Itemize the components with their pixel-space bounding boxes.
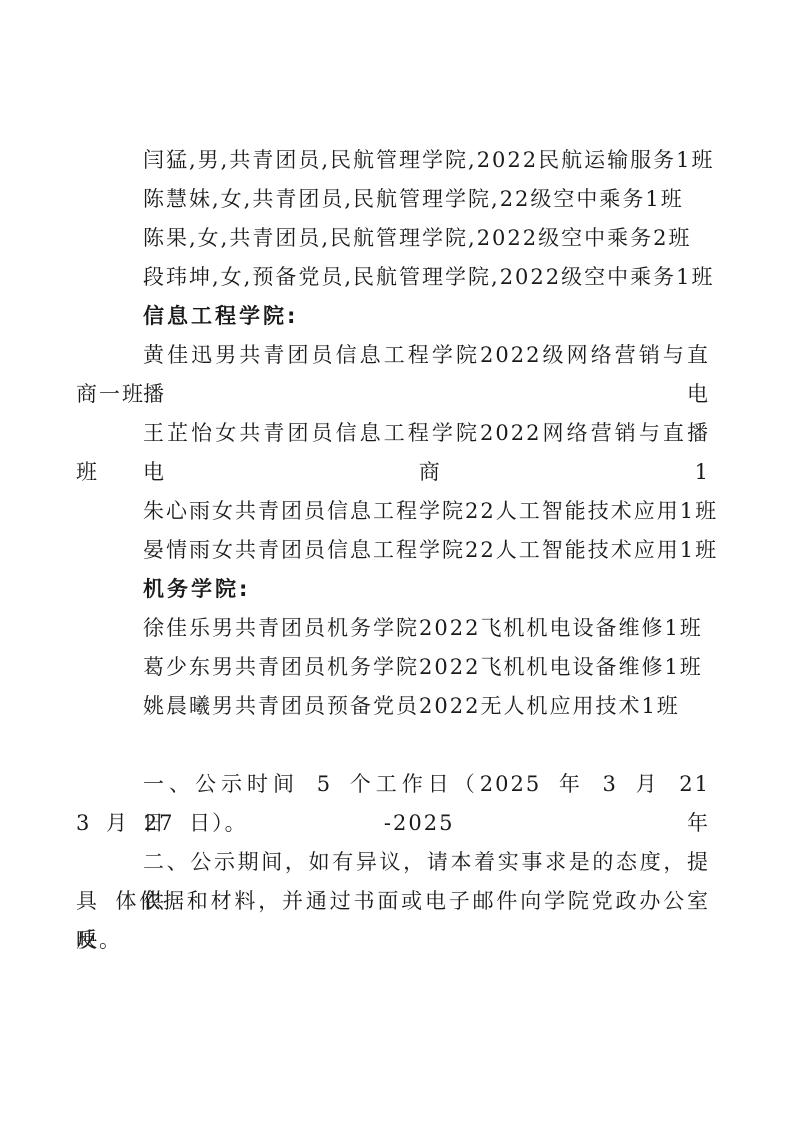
student-entry-line: 王芷怡女共青团员信息工程学院2022网络营销与直播电商1 [76,414,710,453]
objection-paragraph-line: 二、公示期间，如有异议，请本着实事求是的态度，提供 [76,843,710,882]
student-entry-line: 段玮坤,女,预备党员,民航管理学院,2022级空中乘务1班 [76,258,710,297]
notice-period-paragraph-line: 一、公示时间 5 个工作日（2025 年 3 月 21 日-2025 年 [76,765,710,804]
student-entry-line: 朱心雨女共青团员信息工程学院22人工智能技术应用1班 [76,492,710,531]
college-heading-aircraft-maintenance: 机务学院: [76,570,710,609]
student-entry-line: 徐佳乐男共青团员机务学院2022飞机机电设备维修1班 [76,609,710,648]
notice-body: 闫猛,男,共青团员,民航管理学院,2022民航运输服务1班 陈慧妹,女,共青团员… [76,141,710,960]
student-entry-line: 闫猛,男,共青团员,民航管理学院,2022民航运输服务1班 [76,141,710,180]
student-entry-line: 陈果,女,共青团员,民航管理学院,2022级空中乘务2班 [76,219,710,258]
student-entry-line: 晏情雨女共青团员信息工程学院22人工智能技术应用1班 [76,531,710,570]
college-heading-information-engineering: 信息工程学院: [76,297,710,336]
blank-line [76,726,710,765]
student-entry-line: 姚晨曦男共青团员预备党员2022无人机应用技术1班 [76,687,710,726]
objection-paragraph-continuation: 映。 [76,921,710,960]
student-entry-line: 陈慧妹,女,共青团员,民航管理学院,22级空中乘务1班 [76,180,710,219]
document-page: 闫猛,男,共青团员,民航管理学院,2022民航运输服务1班 陈慧妹,女,共青团员… [0,0,793,1122]
student-entry-line: 黄佳迅男共青团员信息工程学院2022级网络营销与直播电 [76,336,710,375]
objection-paragraph-continuation: 具 体依据和材料，并通过书面或电子邮件向学院党政办公室反 [76,882,710,921]
student-entry-line: 葛少东男共青团员机务学院2022飞机机电设备维修1班 [76,648,710,687]
